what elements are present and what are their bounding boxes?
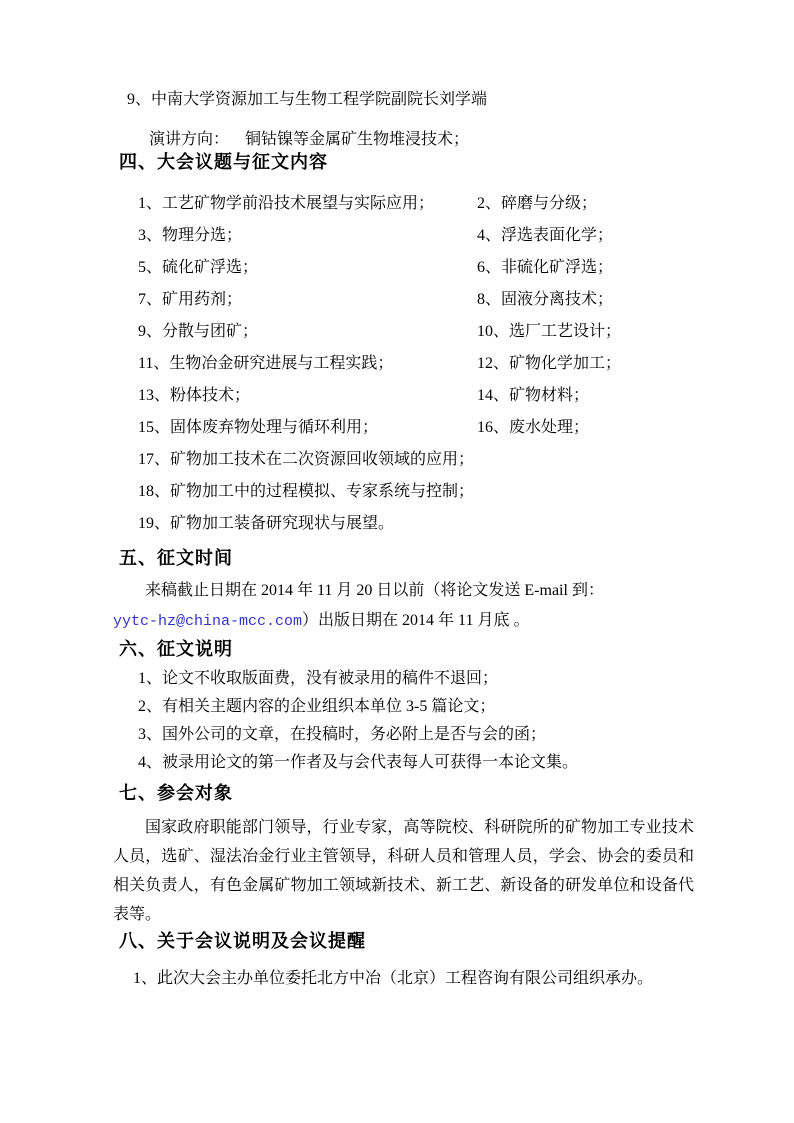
note-item: 2、有相关主题内容的企业组织本单位 3-5 篇论文； [138,697,694,725]
topic-row: 1、工艺矿物学前沿技术展望与实际应用； 2、碎磨与分级； [138,194,694,226]
topic-item: 12、矿物化学加工； [477,354,694,386]
topic-row: 3、物理分选； 4、浮选表面化学； [138,226,694,258]
topic-item: 18、矿物加工中的过程模拟、专家系统与控制； [138,482,694,514]
attendees-paragraph: 国家政府职能部门领导，行业专家，高等院校、科研院所的矿物加工专业技术人员，选矿、… [113,813,694,929]
topic-item: 8、固液分离技术； [477,290,694,322]
notes-list: 1、论文不收取版面费，没有被录用的稿件不退回； 2、有相关主题内容的企业组织本单… [113,669,694,781]
section-5-heading: 五、征文时间 [119,546,694,570]
topic-item: 15、固体废弃物处理与循环利用； [138,418,477,450]
email-link[interactable]: yytc-hz@china-mcc.com [113,613,302,630]
topic-item: 16、废水处理； [477,418,694,450]
speaker-list-item: 9、中南大学资源加工与生物工程学院副院长刘学端 [127,90,694,110]
deadline-text-line2: ）出版日期在 2014 年 11 月底 。 [302,612,529,629]
deadline-paragraph: 来稿截止日期在 2014 年 11 月 20 日以前（将论文发送 E-mail … [113,576,694,637]
document-page: 9、中南大学资源加工与生物工程学院副院长刘学端 演讲方向：铜钴镍等金属矿生物堆浸… [0,0,794,1123]
topic-item: 2、碎磨与分级； [477,194,694,226]
topic-item: 4、浮选表面化学； [477,226,694,258]
note-item: 4、被录用论文的第一作者及与会代表每人可获得一本论文集。 [138,753,694,781]
topic-item: 6、非硫化矿浮选； [477,258,694,290]
topic-item: 17、矿物加工技术在二次资源回收领域的应用； [138,450,694,482]
topic-item: 14、矿物材料； [477,386,694,418]
topic-row: 15、固体废弃物处理与循环利用； 16、废水处理； [138,418,694,450]
topic-item: 1、工艺矿物学前沿技术展望与实际应用； [138,194,477,226]
speech-direction-text: 铜钴镍等金属矿生物堆浸技术； [245,131,469,148]
section-7-heading: 七、参会对象 [119,781,694,805]
section-8-heading: 八、关于会议说明及会议提醒 [119,929,694,953]
speech-direction-label: 演讲方向： [149,131,229,148]
topic-item: 7、矿用药剂； [138,290,477,322]
deadline-text-line1: 来稿截止日期在 2014 年 11 月 20 日以前（将论文发送 E-mail … [145,582,604,599]
note-item: 1、论文不收取版面费，没有被录用的稿件不退回； [138,669,694,697]
topic-row: 7、矿用药剂； 8、固液分离技术； [138,290,694,322]
topic-item: 11、生物冶金研究进展与工程实践； [138,354,477,386]
topics-list: 1、工艺矿物学前沿技术展望与实际应用； 2、碎磨与分级； 3、物理分选； 4、浮… [113,194,694,546]
topic-item: 3、物理分选； [138,226,477,258]
topic-item: 19、矿物加工装备研究现状与展望。 [138,514,694,546]
speech-direction-line: 演讲方向：铜钴镍等金属矿生物堆浸技术； [149,130,694,150]
topic-row: 5、硫化矿浮选； 6、非硫化矿浮选； [138,258,694,290]
topic-item: 13、粉体技术； [138,386,477,418]
section-6-heading: 六、征文说明 [119,637,694,661]
meeting-note-item: 1、此次大会主办单位委托北方中冶（北京）工程咨询有限公司组织承办。 [133,969,694,989]
topic-item: 10、选厂工艺设计； [477,322,694,354]
topic-row: 11、生物冶金研究进展与工程实践； 12、矿物化学加工； [138,354,694,386]
topic-row: 9、分散与团矿； 10、选厂工艺设计； [138,322,694,354]
topic-row: 13、粉体技术； 14、矿物材料； [138,386,694,418]
topic-item: 9、分散与团矿； [138,322,477,354]
topic-item: 5、硫化矿浮选； [138,258,477,290]
section-4-heading: 四、大会议题与征文内容 [119,150,694,174]
note-item: 3、国外公司的文章，在投稿时，务必附上是否与会的函； [138,725,694,753]
